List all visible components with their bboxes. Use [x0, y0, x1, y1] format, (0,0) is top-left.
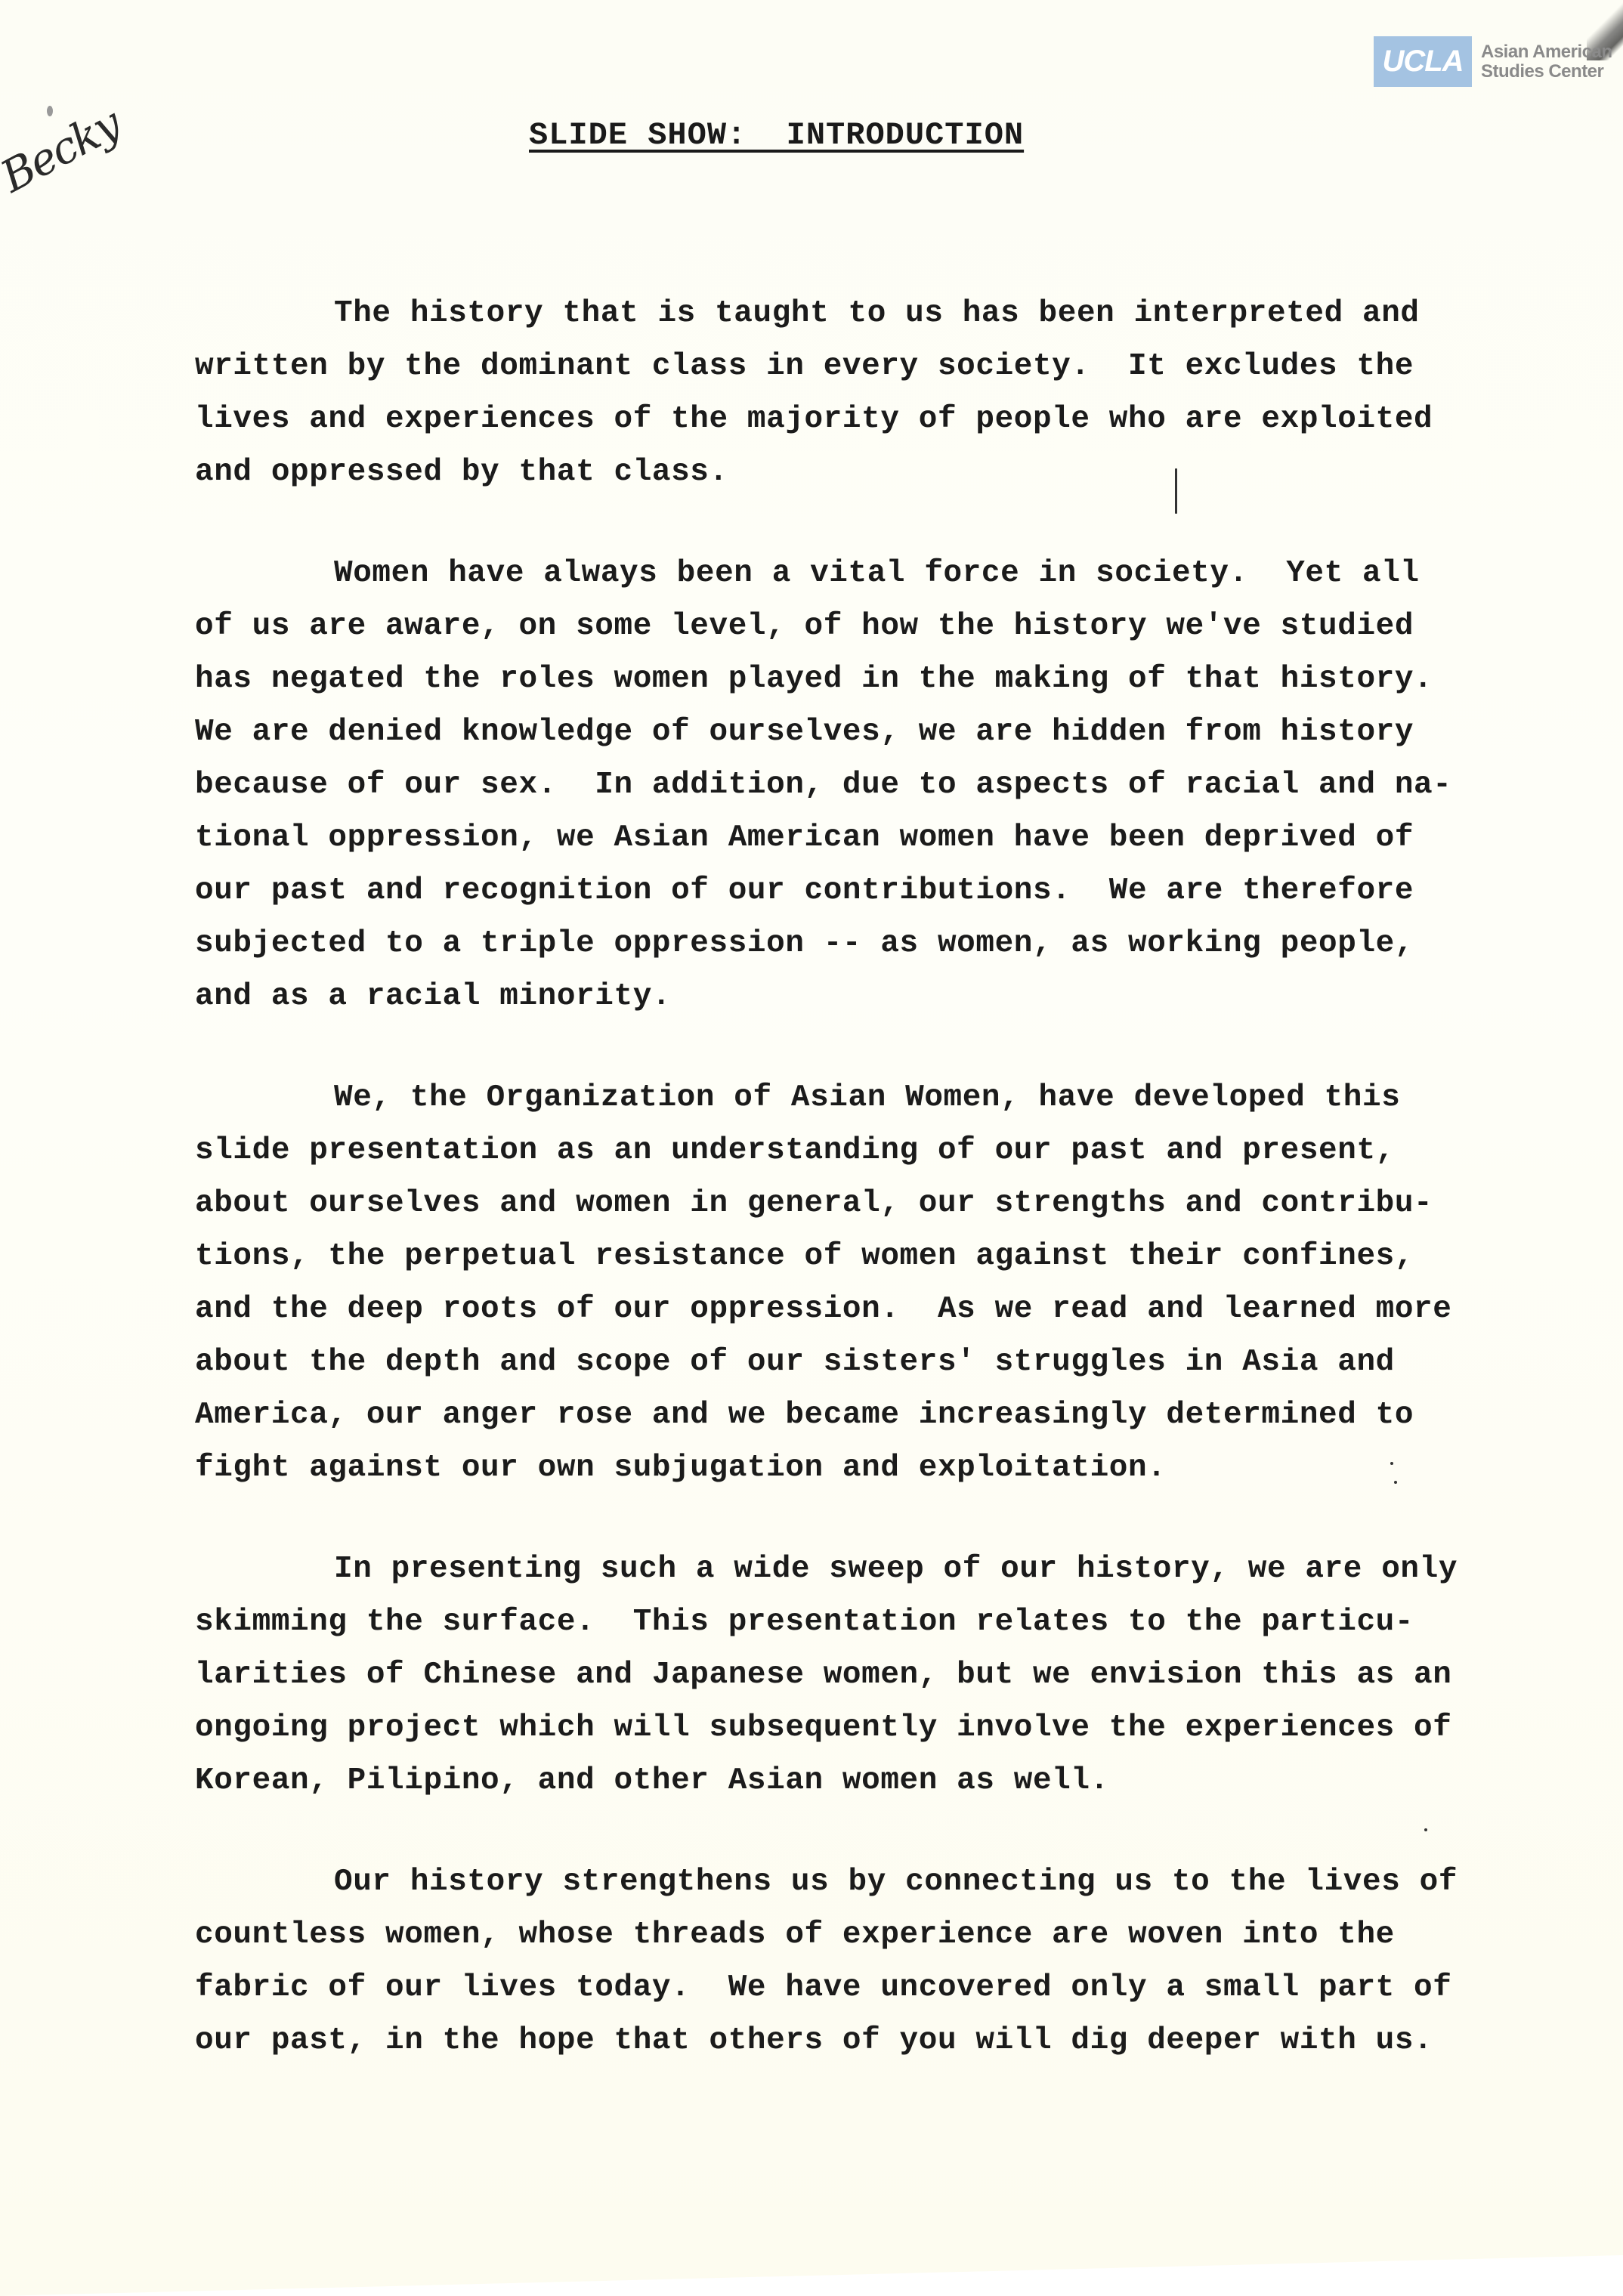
paragraph-3: We, the Organization of Asian Women, hav… — [195, 1071, 1555, 1494]
text-line: fabric of our lives today. We have uncov… — [195, 1961, 1555, 2014]
text-line: America, our anger rose and we became in… — [195, 1389, 1555, 1442]
text-line: has negated the roles women played in th… — [195, 653, 1555, 706]
text-line: We, the Organization of Asian Women, hav… — [195, 1071, 1555, 1124]
page-title: SLIDE SHOW: INTRODUCTION — [529, 117, 1024, 153]
logo-center-name: Asian American Studies Center — [1481, 42, 1612, 82]
text-line: because of our sex. In addition, due to … — [195, 759, 1555, 811]
text-line: Korean, Pilipino, and other Asian women … — [195, 1754, 1555, 1807]
paragraph-5: Our history strengthens us by connecting… — [195, 1856, 1555, 2067]
scan-speck — [47, 106, 53, 116]
logo-line-1: Asian American — [1481, 42, 1612, 62]
text-line: larities of Chinese and Japanese women, … — [195, 1649, 1555, 1701]
logo-ucla-box: UCLA — [1374, 36, 1472, 87]
text-line: about ourselves and women in general, ou… — [195, 1177, 1555, 1230]
scan-speck — [1175, 468, 1177, 514]
text-line: about the depth and scope of our sisters… — [195, 1336, 1555, 1389]
text-line: tional oppression, we Asian American wom… — [195, 811, 1555, 864]
text-line: In presenting such a wide sweep of our h… — [195, 1543, 1555, 1596]
scan-speck — [1394, 1481, 1397, 1484]
text-line: tions, the perpetual resistance of women… — [195, 1230, 1555, 1283]
page-edge — [0, 2251, 1623, 2296]
text-line: We are denied knowledge of ourselves, we… — [195, 706, 1555, 759]
logo-line-2: Studies Center — [1481, 62, 1612, 82]
text-line: of us are aware, on some level, of how t… — [195, 600, 1555, 653]
text-line: Women have always been a vital force in … — [195, 547, 1555, 600]
handwritten-name: Becky — [0, 97, 128, 202]
text-line: The history that is taught to us has bee… — [195, 287, 1555, 340]
document-page: UCLA Asian American Studies Center Becky… — [0, 0, 1623, 2296]
text-line: and the deep roots of our oppression. As… — [195, 1283, 1555, 1336]
document-body: The history that is taught to us has bee… — [195, 287, 1555, 2115]
text-line: fight against our own subjugation and ex… — [195, 1442, 1555, 1494]
text-line: and oppressed by that class. — [195, 446, 1555, 499]
text-line: our past and recognition of our contribu… — [195, 864, 1555, 917]
paragraph-1: The history that is taught to us has bee… — [195, 287, 1555, 499]
text-line: our past, in the hope that others of you… — [195, 2014, 1555, 2067]
scan-speck — [1424, 1828, 1427, 1831]
text-line: ongoing project which will subsequently … — [195, 1701, 1555, 1754]
text-line: and as a racial minority. — [195, 970, 1555, 1023]
text-line: lives and experiences of the majority of… — [195, 393, 1555, 446]
text-line: countless women, whose threads of experi… — [195, 1908, 1555, 1961]
text-line: written by the dominant class in every s… — [195, 340, 1555, 393]
text-line: subjected to a triple oppression -- as w… — [195, 917, 1555, 970]
paragraph-2: Women have always been a vital force in … — [195, 547, 1555, 1023]
ucla-aasc-logo: UCLA Asian American Studies Center — [1374, 36, 1612, 87]
scan-speck — [1390, 1462, 1393, 1465]
paragraph-4: In presenting such a wide sweep of our h… — [195, 1543, 1555, 1807]
text-line: slide presentation as an understanding o… — [195, 1124, 1555, 1177]
text-line: skimming the surface. This presentation … — [195, 1596, 1555, 1649]
text-line: Our history strengthens us by connecting… — [195, 1856, 1555, 1908]
